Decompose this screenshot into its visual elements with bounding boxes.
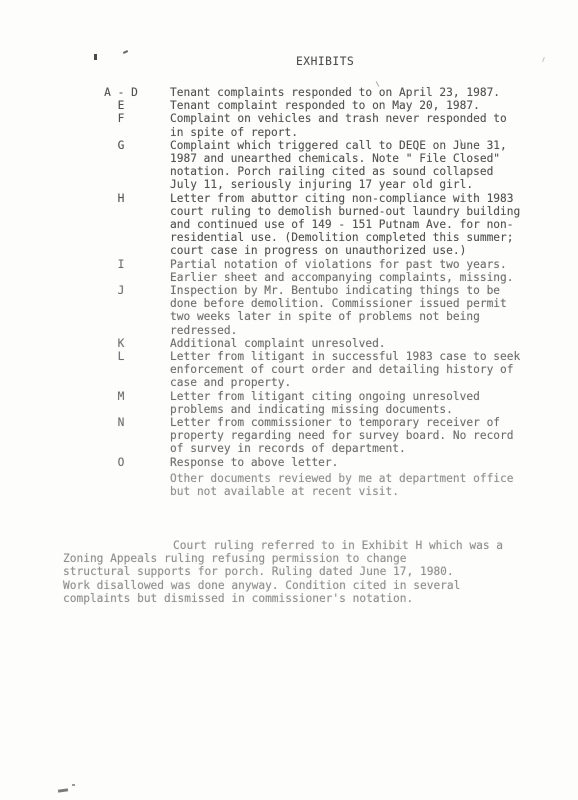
exhibit-text: Response to above letter. [170, 456, 338, 469]
exhibit-label: M [99, 390, 143, 416]
exhibit-text: Tenant complaints responded to on April … [170, 86, 500, 99]
exhibit-text: Letter from litigant in successful 1983 … [170, 350, 520, 390]
exhibit-row: M Letter from litigant citing ongoing un… [0, 390, 578, 416]
exhibit-row: O Response to above letter. [0, 456, 578, 469]
exhibit-row: E Tenant complaint responded to on May 2… [0, 99, 578, 112]
scan-speck [94, 54, 97, 60]
exhibit-label: H [99, 192, 143, 258]
exhibit-text: Letter from litigant citing ongoing unre… [170, 390, 480, 416]
exhibit-row: J Inspection by Mr. Bentubo indicating t… [0, 284, 578, 337]
scan-speck [72, 784, 75, 786]
exhibit-label: I [99, 258, 143, 284]
scan-speck [542, 57, 545, 62]
exhibit-row: G Complaint which triggered call to DEQE… [0, 139, 578, 192]
exhibit-label: G [99, 139, 143, 192]
page-title: EXHIBITS [296, 55, 354, 68]
scan-speck [58, 788, 68, 792]
exhibit-label: J [99, 284, 143, 337]
scan-speck [123, 50, 128, 54]
exhibit-row: K Additional complaint unresolved. [0, 337, 578, 350]
exhibit-row: F Complaint on vehicles and trash never … [0, 112, 578, 138]
exhibit-label: O [99, 456, 143, 469]
exhibit-text: Additional complaint unresolved. [170, 337, 386, 350]
exhibit-row: A - D Tenant complaints responded to on … [0, 86, 578, 99]
exhibit-row: H Letter from abuttor citing non-complia… [0, 192, 578, 258]
exhibit-label: N [99, 416, 143, 456]
note-paragraph: Other documents reviewed by me at depart… [170, 472, 514, 498]
exhibit-label: K [99, 337, 143, 350]
exhibit-label: F [99, 112, 143, 138]
document-page: EXHIBITS A - D Tenant complaints respond… [0, 0, 578, 800]
exhibit-row: N Letter from commissioner to temporary … [0, 416, 578, 456]
exhibit-text: Partial notation of violations for past … [170, 258, 514, 284]
exhibit-text: Tenant complaint responded to on May 20,… [170, 99, 480, 112]
exhibit-text: Inspection by Mr. Bentubo indicating thi… [170, 284, 507, 337]
exhibit-text: Complaint which triggered call to DEQE o… [170, 139, 507, 192]
exhibit-text: Complaint on vehicles and trash never re… [170, 112, 507, 138]
exhibit-row: I Partial notation of violations for pas… [0, 258, 578, 284]
exhibit-label: A - D [99, 86, 143, 99]
exhibit-row: L Letter from litigant in successful 198… [0, 350, 578, 390]
exhibit-text: Letter from abuttor citing non-complianc… [170, 192, 520, 258]
exhibit-label: E [99, 99, 143, 112]
exhibit-text: Letter from commissioner to temporary re… [170, 416, 514, 456]
exhibit-list: A - D Tenant complaints responded to on … [0, 86, 578, 469]
note-paragraph: Court ruling referred to in Exhibit H wh… [63, 539, 503, 605]
exhibit-label: L [99, 350, 143, 390]
